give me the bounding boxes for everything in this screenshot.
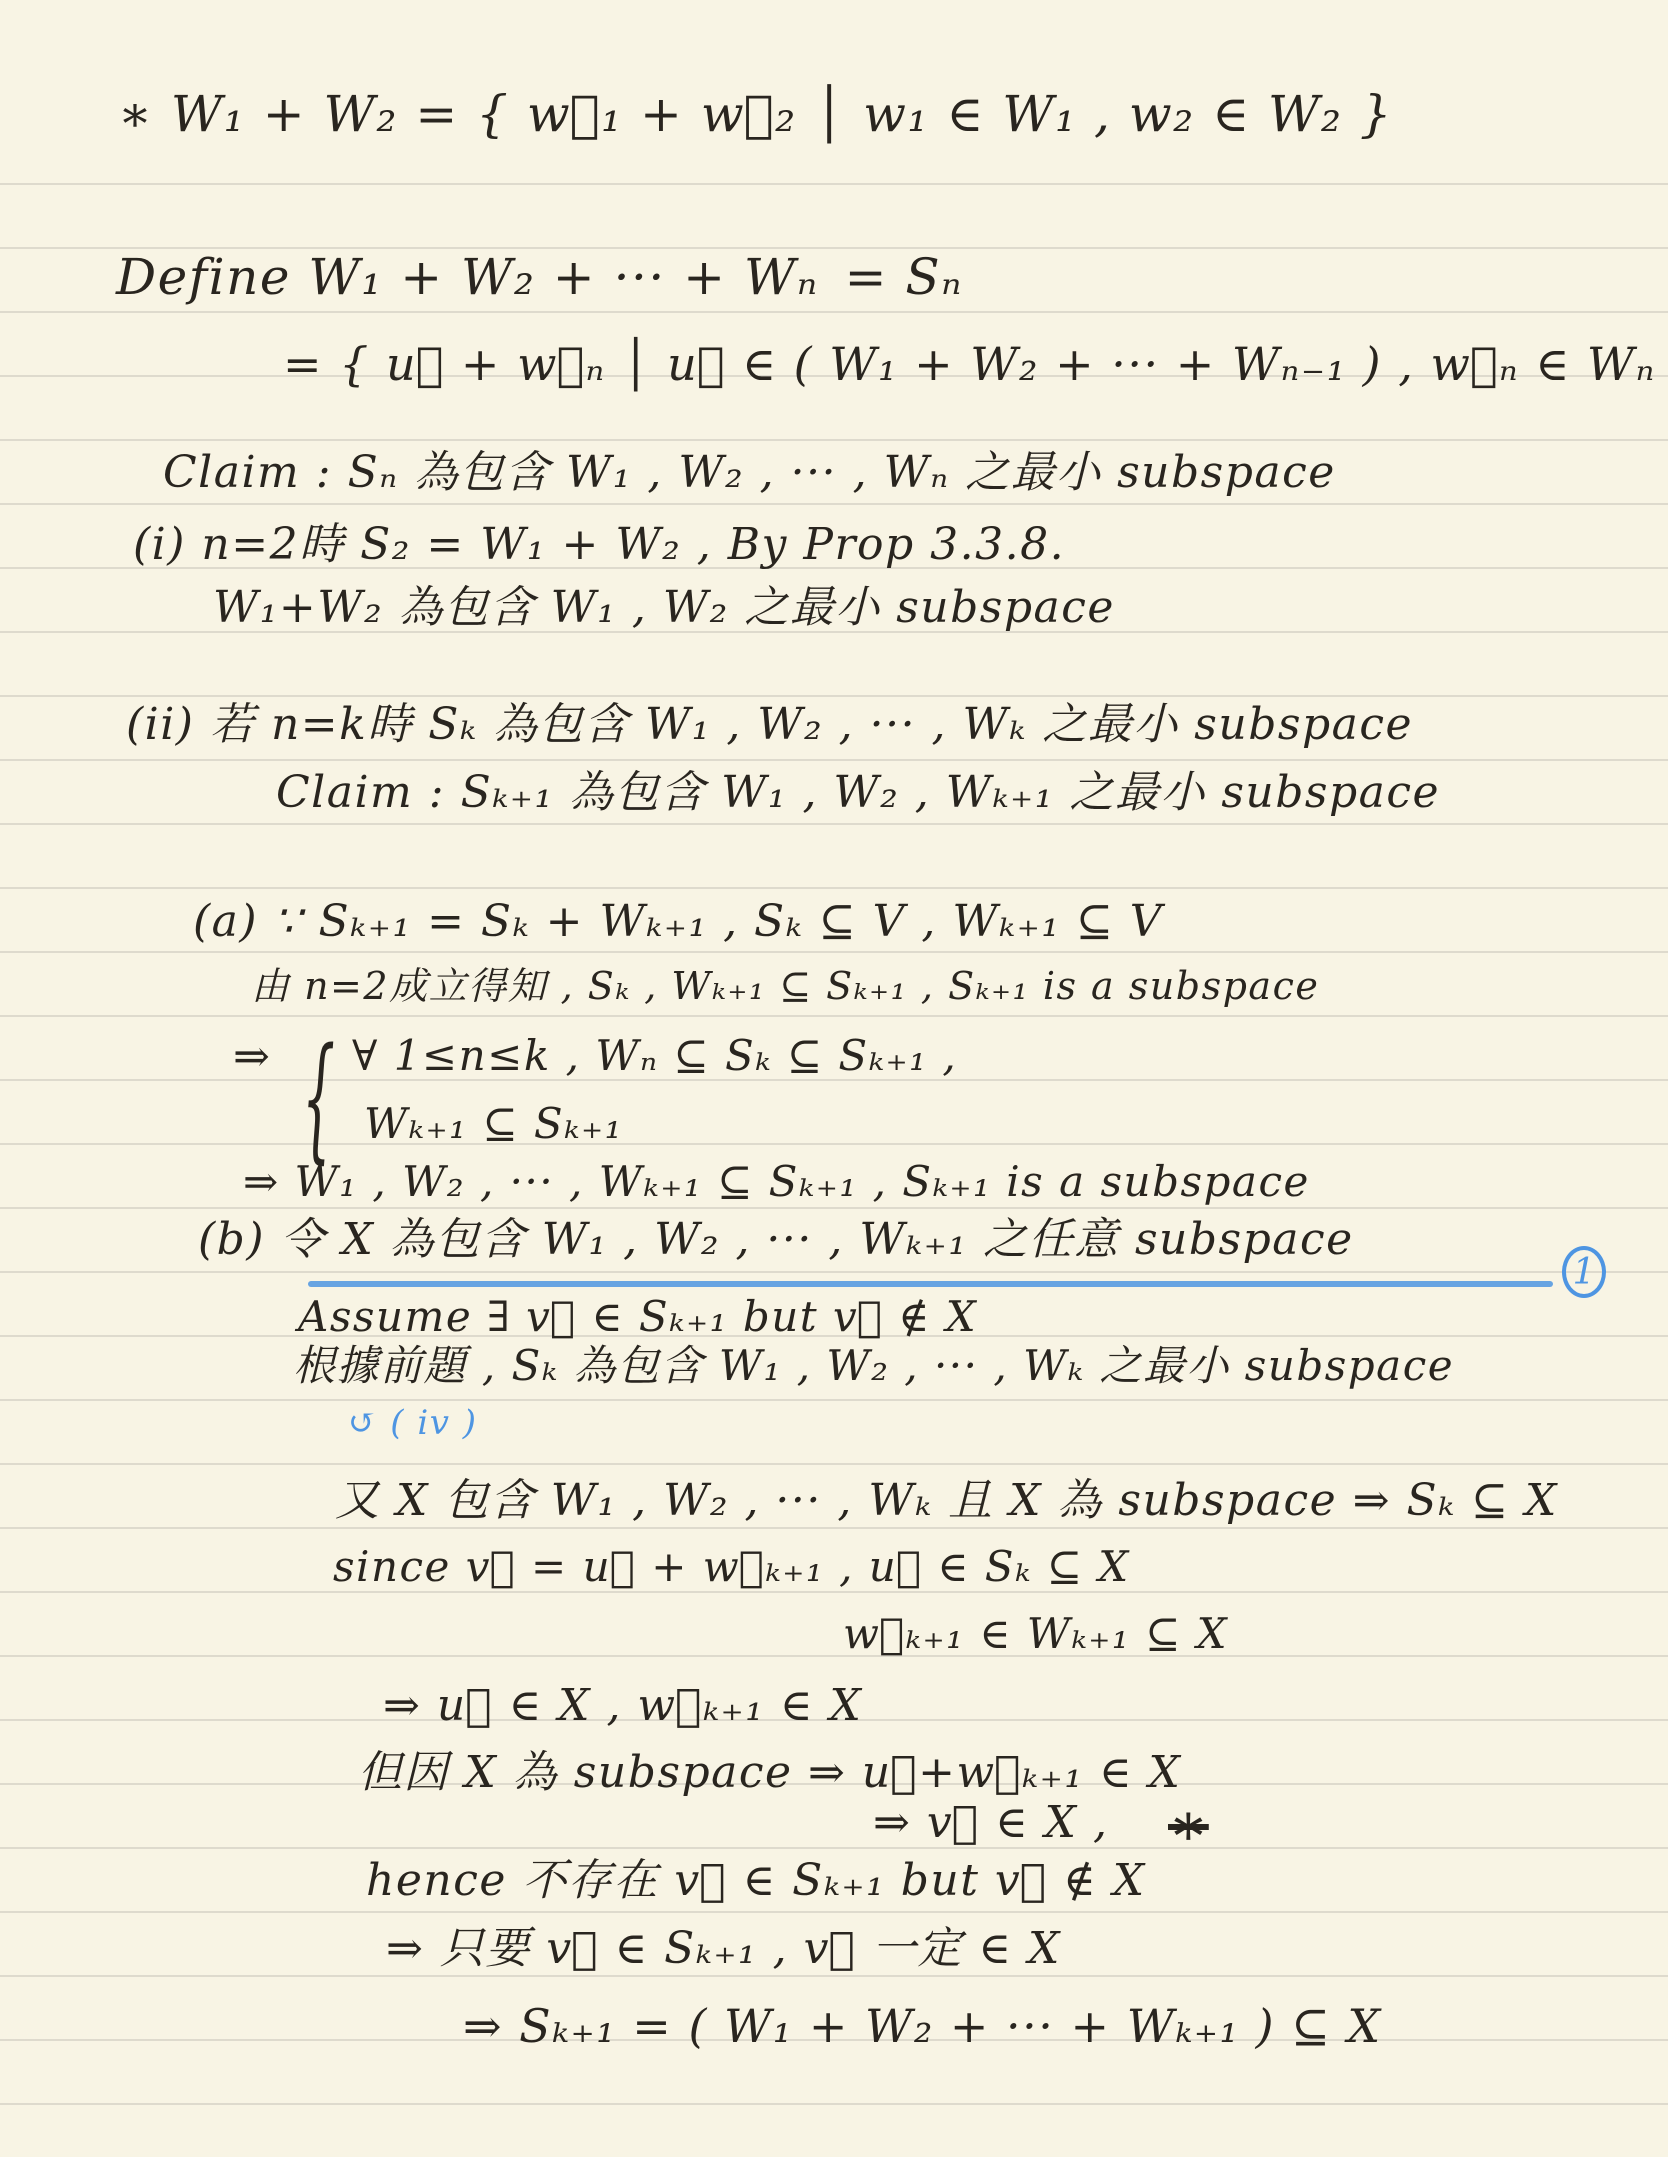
b-reference-annotation: ↺ ( iv ) [348,1404,478,1443]
a-implies-arrow: ⇒ [233,1032,271,1083]
b-hence-line: hence 不存在 v⃗ ∈ Sₖ₊₁ but v⃗ ∉ X [366,1856,1146,1907]
define-line: Define W₁ + W₂ + ··· + Wₙ = Sₙ [116,248,963,306]
b-premise-line: 根據前題 , Sₖ 為包含 W₁ , W₂ , ··· , Wₖ 之最小 sub… [293,1342,1454,1390]
b-closure-line: 但因 X 為 subspace ⇒ u⃗+w⃗ₖ₊₁ ∈ X [358,1748,1181,1799]
a-case-bottom: Wₖ₊₁ ⊆ Sₖ₊₁ [364,1100,623,1148]
notebook-page: ∗ W₁ + W₂ = { w⃗₁ + w⃗₂ │ w₁ ∈ W₁ , w₂ ∈… [0,0,1668,2157]
a-case-top: ∀ 1≤n≤k , Wₙ ⊆ Sₖ ⊆ Sₖ₊₁ , [352,1032,957,1080]
b-wk1-in-x-line: w⃗ₖ₊₁ ∈ Wₖ₊₁ ⊆ X [843,1610,1228,1658]
crossed-star-mark: ∗ [1168,1790,1209,1860]
a-conclusion-line: ⇒ W₁ , W₂ , ··· , Wₖ₊₁ ⊆ Sₖ₊₁ , Sₖ₊₁ is … [243,1158,1310,1206]
b-final-conclusion-line: ⇒ Sₖ₊₁ = ( W₁ + W₂ + ··· + Wₖ₊₁ ) ⊆ X [463,2000,1382,2053]
b-assume-line: Assume ∃ v⃗ ∈ Sₖ₊₁ but v⃗ ∉ X [298,1293,977,1341]
case-i-conclusion: W₁+W₂ 為包含 W₁ , W₂ 之最小 subspace [213,583,1115,634]
b-x-contains-line: 又 X 包含 W₁ , W₂ , ··· , Wₖ 且 X 為 subspace… [335,1476,1558,1527]
case-ii-claim: Claim : Sₖ₊₁ 為包含 W₁ , W₂ , Wₖ₊₁ 之最小 subs… [276,768,1440,819]
sn-set-expansion: = { u⃗ + w⃗ₙ │ u⃗ ∈ ( W₁ + W₂ + ··· + Wₙ… [283,338,1668,391]
b-v-in-x-line: ⇒ v⃗ ∈ X , [873,1798,1108,1849]
b-since-line: since v⃗ = u⃗ + w⃗ₖ₊₁ , u⃗ ∈ Sₖ ⊆ X [333,1543,1130,1591]
define-sn-blue: = Sₙ [845,248,963,306]
a-decomposition-line: (a) ∵ Sₖ₊₁ = Sₖ + Wₖ₊₁ , Sₖ ⊆ V , Wₖ₊₁ ⊆… [193,897,1163,948]
a-induction-base-line: 由 n=2成立得知 , Sₖ , Wₖ₊₁ ⊆ Sₖ₊₁ , Sₖ₊₁ is a… [251,965,1319,1009]
define-sum-expression: Define W₁ + W₂ + ··· + Wₙ [116,248,819,306]
b-both-in-x-line: ⇒ u⃗ ∈ X , w⃗ₖ₊₁ ∈ X [383,1681,862,1732]
case-ii-hypothesis: (ii) 若 n=k時 Sₖ 為包含 W₁ , W₂ , ··· , Wₖ 之最… [126,700,1413,751]
b-arbitrary-subspace-line: (b) 令 X 為包含 W₁ , W₂ , ··· , Wₖ₊₁ 之任意 sub… [198,1215,1354,1266]
blue-underline [308,1281,1553,1287]
b-therefore-line: ⇒ 只要 v⃗ ∈ Sₖ₊₁ , v⃗ 一定 ∈ X [386,1924,1061,1975]
circled-1-annotation: 1 [1562,1246,1606,1298]
claim-sn-line: Claim : Sₙ 為包含 W₁ , W₂ , ··· , Wₙ 之最小 su… [163,448,1336,499]
grouping-brace: { [302,1022,335,1178]
case-i-line: (i) n=2時 S₂ = W₁ + W₂ , By Prop 3.3.8. [133,520,1065,571]
sum-definition-formula: ∗ W₁ + W₂ = { w⃗₁ + w⃗₂ │ w₁ ∈ W₁ , w₂ ∈… [118,86,1393,144]
